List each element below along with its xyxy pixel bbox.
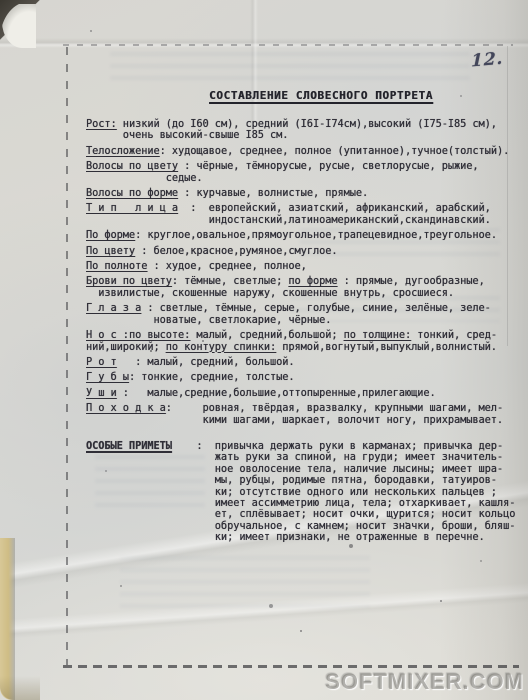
scanned-page: 12. СОСТАВЛЕНИЕ СЛОВЕСНОГО ПОРТРЕТА Рост… (0, 0, 528, 700)
entry-text: мы, рубцы, родимые пятна, бородавки, тат… (86, 475, 497, 486)
entry-text: : прямые, дугообразные, (338, 276, 485, 287)
entry-term: Р о т (86, 357, 117, 368)
entry-term: по контуру спинки: (166, 342, 276, 353)
entry-text: извилистые, скошенные наружу, скошенные … (86, 288, 454, 299)
entry-text: обручальное, с камнем; носит значки, бро… (86, 521, 515, 532)
entry-term: по форме (288, 276, 337, 287)
portrait-entry: Волосы по форме : курчавые, волнистые, п… (86, 188, 522, 199)
entry-text: ки; имеет признаки, не отраженные в пере… (86, 532, 485, 543)
entry-text: новатые, светлокарие, чёрные. (86, 315, 331, 326)
entry-term: По полноте (86, 261, 147, 272)
entry-term: Телосложение (86, 146, 160, 157)
entry-term: Волосы по цвету (86, 161, 178, 172)
entry-term: по высоте: (129, 330, 190, 341)
entry-text: : худое, среднее, полное, (147, 261, 306, 272)
text-line: ки; имеет признаки, не отраженные в пере… (86, 532, 522, 543)
entry-text: : чёрные, тёмнорусые, русые, светлорусые… (178, 161, 479, 172)
bleed-through-mark (110, 52, 470, 88)
entry-text: : тёмные, светлые; (172, 276, 289, 287)
text-line: новатые, светлокарие, чёрные. (86, 315, 522, 326)
portrait-entry: Г л а з а : светлые, тёмные, серые, голу… (86, 303, 522, 326)
entry-term: Н о с : (86, 330, 129, 341)
portrait-entry: Волосы по цвету : чёрные, тёмнорусые, ру… (86, 161, 522, 184)
entry-text: прямой,вогнутый,выпуклый,волнистый. (276, 342, 497, 353)
entry-term: Г у б ы (86, 372, 129, 383)
text-line: кими шагами, шаркает, волочит ногу, прих… (86, 415, 522, 426)
entry-text: ки; отсутствие одного или нескольких пал… (86, 487, 497, 498)
entry-text: малый, средний,большой; (190, 330, 343, 341)
entry-text: кими шагами, шаркает, волочит ногу, прих… (86, 415, 503, 426)
entry-text: низкий (до I60 см), средний (I6I-I74см),… (117, 119, 497, 130)
entry-term: По цвету (86, 246, 135, 257)
text-line: имеет ассимметрию лица, тела; отхаркивае… (86, 498, 522, 509)
entry-text: : ровная, твёрдая, вразвалку, крупными ш… (166, 403, 503, 414)
entry-text: : малые,средние,большие,оттопыренные,при… (117, 388, 436, 399)
text-line: Г л а з а : светлые, тёмные, серые, голу… (86, 303, 522, 314)
entry-text: индостанский,латиноамериканский,скандина… (86, 215, 491, 226)
text-line: Волосы по форме : курчавые, волнистые, п… (86, 188, 522, 199)
dashed-frame-left (66, 47, 68, 665)
portrait-entry: Т и п л и ц а : европейский, азиатский, … (86, 203, 522, 226)
text-line: ки; отсутствие одного или нескольких пал… (86, 487, 522, 498)
entry-text: ний,широкий; (86, 342, 166, 353)
text-line: индостанский,латиноамериканский,скандина… (86, 215, 522, 226)
portrait-entry: У ш и : малые,средние,большие,оттопыренн… (86, 388, 522, 399)
text-line: мы, рубцы, родимые пятна, бородавки, тат… (86, 475, 522, 486)
entry-term: Рост: (86, 119, 117, 130)
entry-text: : малый, средний, большой. (117, 357, 295, 368)
entry-text: ет, сплёвывает; носит очки, щурится; нос… (86, 509, 515, 520)
entry-text: тонкий, сред- (411, 330, 497, 341)
portrait-entry: Брови по цвету: тёмные, светлые; по форм… (86, 276, 522, 299)
text-line: Волосы по цвету : чёрные, тёмнорусые, ру… (86, 161, 522, 172)
text-line: ет, сплёвывает; носит очки, щурится; нос… (86, 509, 522, 520)
text-line: Рост: низкий (до I60 см), средний (I6I-I… (86, 119, 522, 130)
dashed-frame-bottom (63, 665, 519, 668)
text-line: обручальное, с камнем; носит значки, бро… (86, 521, 522, 532)
text-line: Р о т : малый, средний, большой. (86, 357, 522, 368)
portrait-entry: Р о т : малый, средний, большой. (86, 357, 522, 368)
entry-term: ОСОБЫЕ ПРИМЕТЫ (86, 441, 172, 452)
entry-text: : курчавые, волнистые, прямые. (178, 188, 368, 199)
entry-text: : привычка держать руки в карманах; прив… (172, 441, 503, 452)
entry-term: по толщине: (344, 330, 411, 341)
text-line: Н о с :по высоте: малый, средний,большой… (86, 330, 522, 341)
entry-text: : худощавое, среднее, полное (упитанное)… (160, 146, 510, 157)
entry-text: ное оволосение тела, наличие лысины; име… (86, 464, 503, 475)
text-line: По полноте : худое, среднее, полное, (86, 261, 522, 272)
entry-text: имеет ассимметрию лица, тела; отхаркивае… (86, 498, 515, 509)
entry-term: Брови по цвету (86, 276, 172, 287)
text-line: Брови по цвету: тёмные, светлые; по форм… (86, 276, 522, 287)
text-line: ОСОБЫЕ ПРИМЕТЫ : привычка держать руки в… (86, 441, 522, 452)
entry-text: : белое,красное,румяное,смуглое. (135, 246, 337, 257)
entry-text: : светлые, тёмные, серые, голубые, синие… (141, 303, 491, 314)
portrait-entry: По полноте : худое, среднее, полное, (86, 261, 522, 272)
entry-term: У ш и (86, 388, 117, 399)
text-line: По цвету : белое,красное,румяное,смуглое… (86, 246, 522, 257)
text-line: Г у б ы: тонкие, средние, толстые. (86, 372, 522, 383)
portrait-entry: ОСОБЫЕ ПРИМЕТЫ : привычка держать руки в… (86, 441, 522, 544)
book-edge-shadow (0, 676, 40, 700)
entry-term: Т и п л и ц а (86, 203, 178, 214)
text-line: П о х о д к а: ровная, твёрдая, вразвалк… (86, 403, 522, 414)
entry-text: седые. (86, 173, 203, 184)
entry-text: : круглое,овальное,прямоугольное,трапеце… (135, 230, 497, 241)
portrait-entry: По форме: круглое,овальное,прямоугольное… (86, 230, 522, 241)
text-line: жать руки за спиной, на груди; имеет зна… (86, 452, 522, 463)
portrait-entry: Н о с :по высоте: малый, средний,большой… (86, 330, 522, 353)
text-line: ное оволосение тела, наличие лысины; име… (86, 464, 522, 475)
paper-crease (0, 38, 528, 48)
watermark: SOFTMIXER.COM (325, 669, 524, 695)
paper-crease (250, 0, 258, 130)
entry-text: очень высокий-свыше I85 см. (86, 130, 288, 141)
bleed-through-mark (120, 556, 370, 608)
portrait-entry: По цвету : белое,красное,румяное,смуглое… (86, 246, 522, 257)
portrait-entry: Рост: низкий (до I60 см), средний (I6I-I… (86, 119, 522, 142)
text-line: По форме: круглое,овальное,прямоугольное… (86, 230, 522, 241)
handwritten-page-number: 12. (471, 49, 504, 72)
document-title: СОСТАВЛЕНИЕ СЛОВЕСНОГО ПОРТРЕТА (86, 89, 528, 102)
entry-term: Волосы по форме (86, 188, 178, 199)
document-body: Рост: низкий (до I60 см), средний (I6I-I… (86, 119, 522, 544)
text-line: извилистые, скошенные наружу, скошенные … (86, 288, 522, 299)
entry-text: : европейский, азиатский, африканский, а… (178, 203, 491, 214)
entry-text: жать руки за спиной, на груди; имеет зна… (86, 452, 503, 463)
text-line: Т и п л и ц а : европейский, азиатский, … (86, 203, 522, 214)
text-line: Телосложение: худощавое, среднее, полное… (86, 146, 522, 157)
portrait-entry: П о х о д к а: ровная, твёрдая, вразвалк… (86, 403, 522, 426)
entry-term: По форме (86, 230, 135, 241)
text-line: очень высокий-свыше I85 см. (86, 130, 522, 141)
paper-crease (0, 578, 528, 641)
portrait-entry: Г у б ы: тонкие, средние, толстые. (86, 372, 522, 383)
entry-term: П о х о д к а (86, 403, 166, 414)
entry-term: Г л а з а (86, 303, 141, 314)
text-line: седые. (86, 173, 522, 184)
text-line: У ш и : малые,средние,большие,оттопыренн… (86, 388, 522, 399)
dashed-frame-top (63, 44, 513, 46)
text-line: ний,широкий; по контуру спинки: прямой,в… (86, 342, 522, 353)
entry-text: : тонкие, средние, толстые. (129, 372, 295, 383)
portrait-entry: Телосложение: худощавое, среднее, полное… (86, 146, 522, 157)
